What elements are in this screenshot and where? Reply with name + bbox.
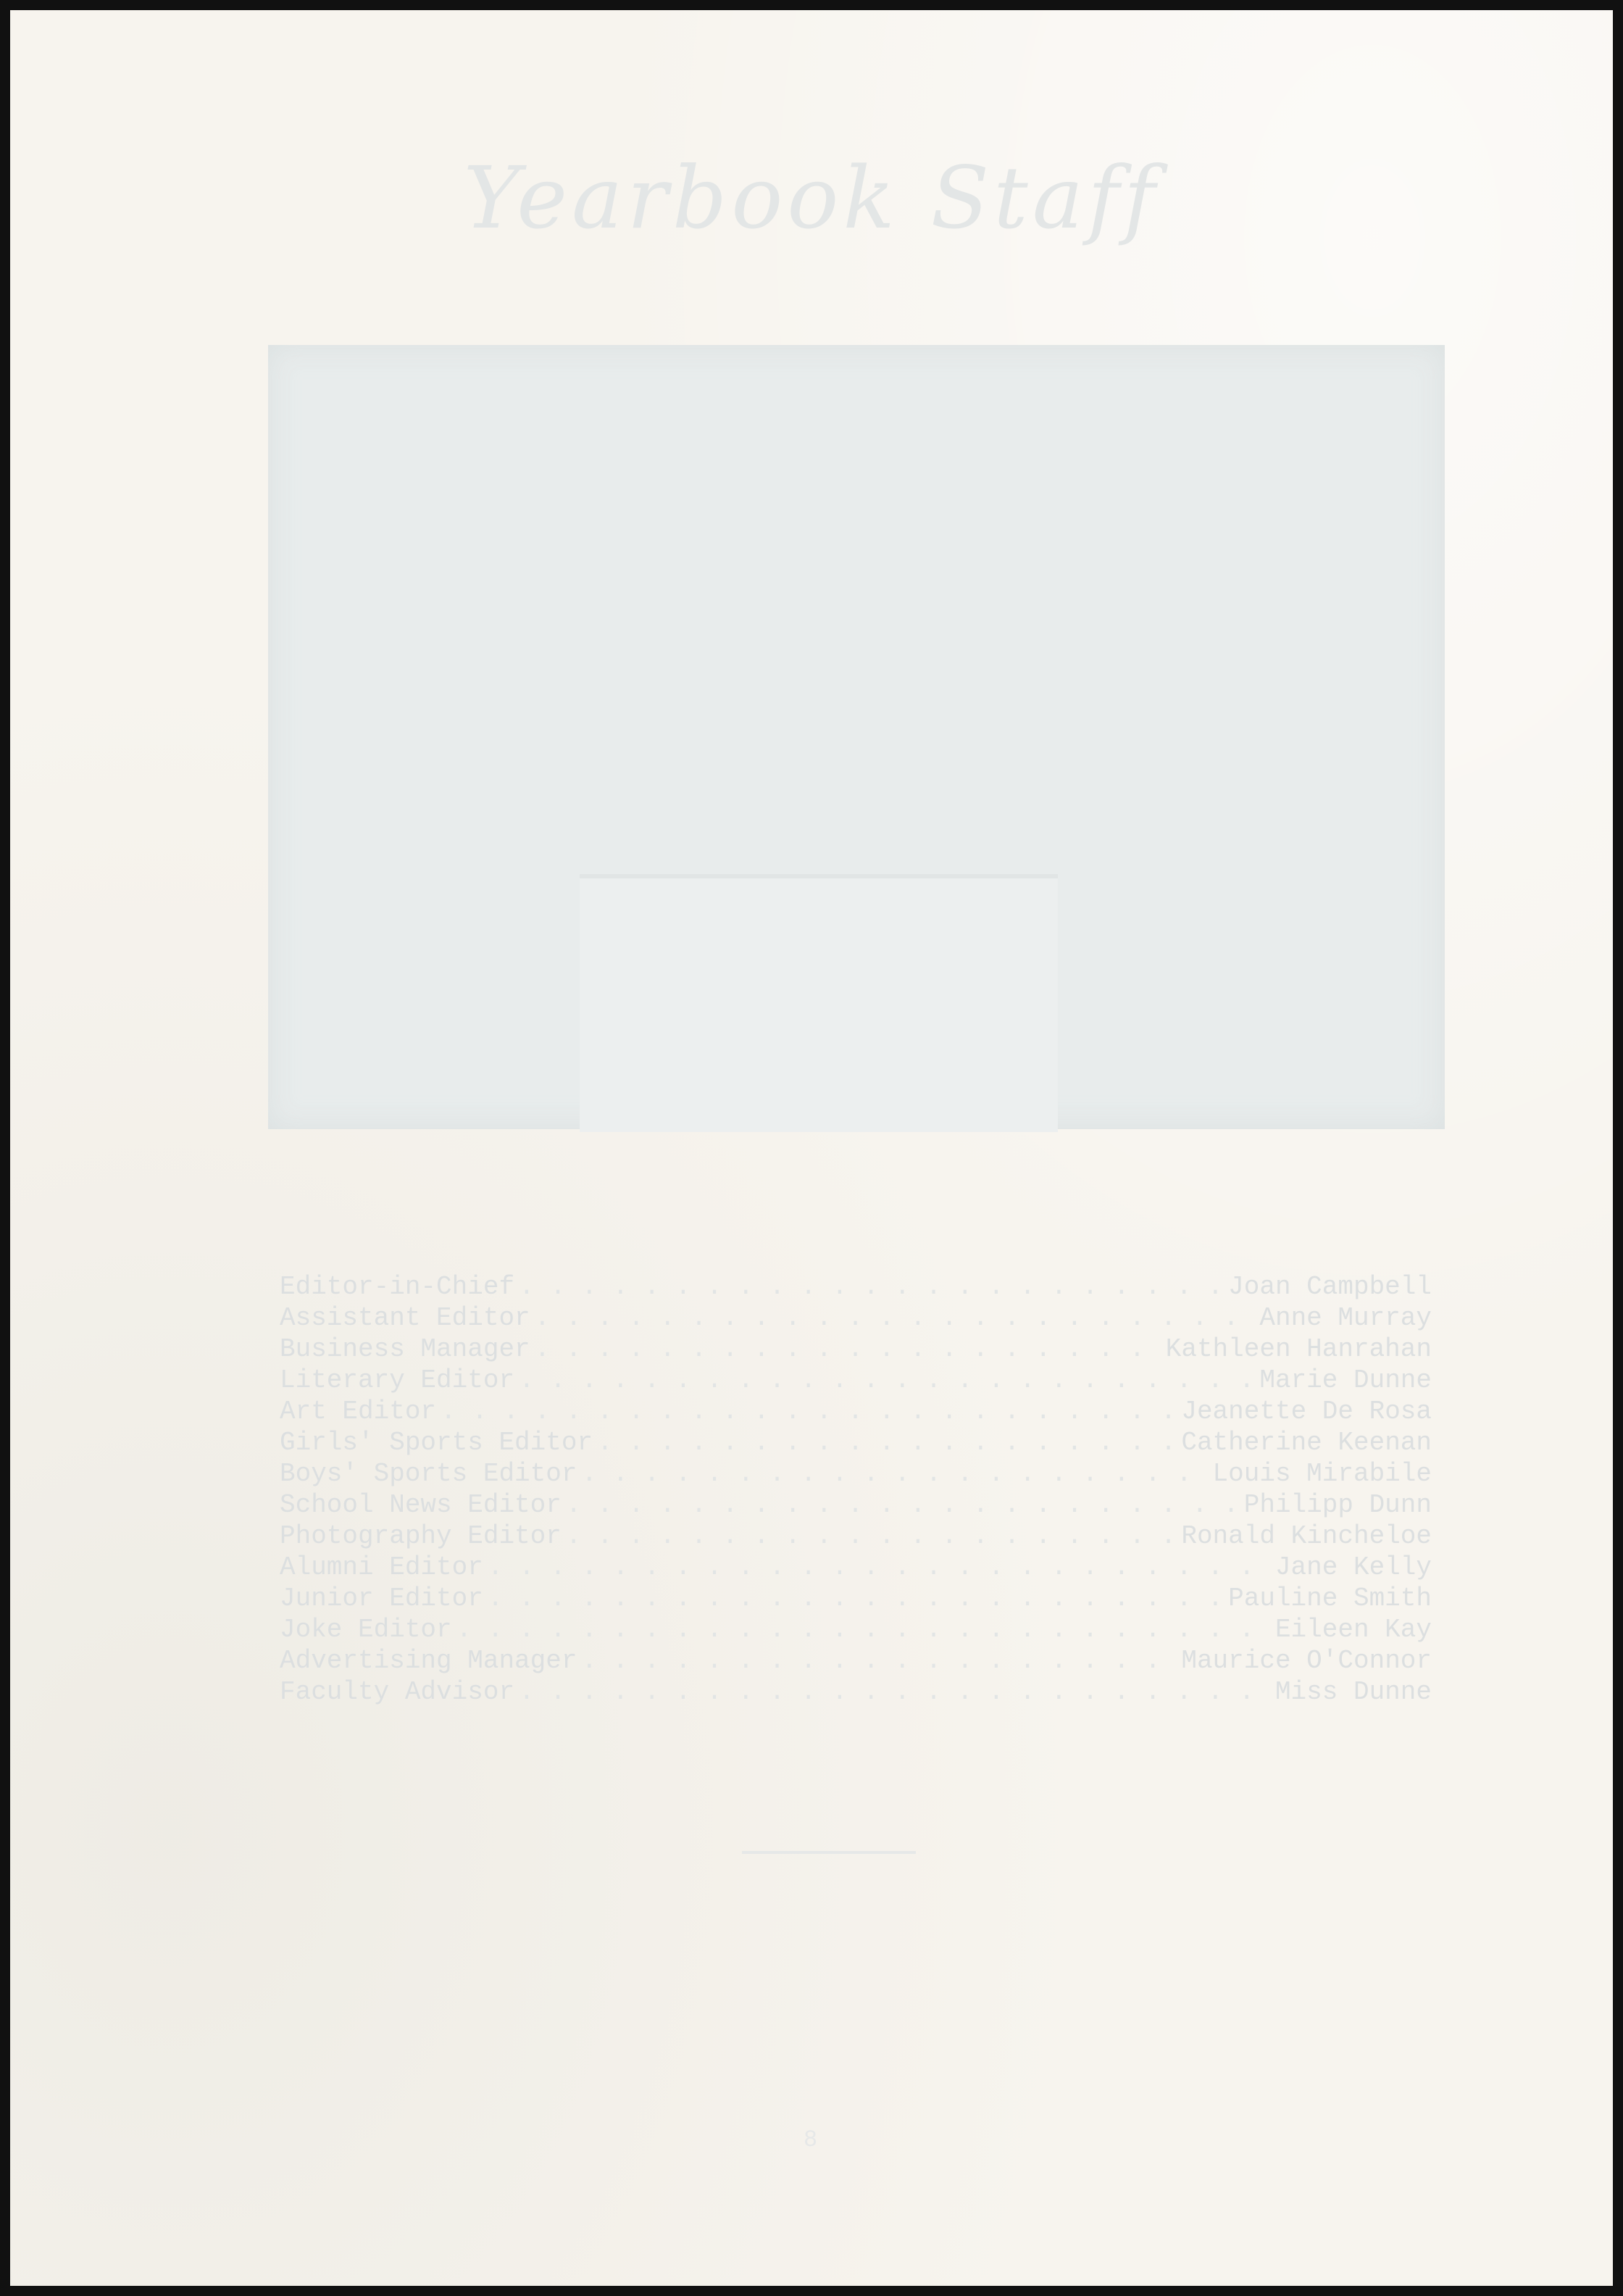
staff-role: Junior Editor — [280, 1583, 483, 1614]
staff-row: Junior EditorPauline Smith — [280, 1583, 1432, 1614]
staff-row: Literary EditorMarie Dunne — [280, 1365, 1432, 1396]
staff-row: Girls' Sports EditorCatherine Keenan — [280, 1427, 1432, 1458]
staff-name: Anne Murray — [1259, 1302, 1432, 1334]
staff-row: Advertising ManagerMaurice O'Connor — [280, 1645, 1432, 1676]
dot-leader — [441, 1396, 1177, 1427]
staff-name: Louis Mirabile — [1213, 1458, 1432, 1489]
staff-row: Alumni EditorJane Kelly — [280, 1552, 1432, 1583]
staff-photo — [268, 345, 1445, 1129]
staff-name: Pauline Smith — [1228, 1583, 1432, 1614]
staff-name: Marie Dunne — [1259, 1365, 1432, 1396]
staff-role: Boys' Sports Editor — [280, 1458, 577, 1489]
staff-name: Jane Kelly — [1275, 1552, 1432, 1583]
staff-name: Philipp Dunn — [1244, 1489, 1432, 1521]
dot-leader — [597, 1427, 1177, 1458]
staff-role: Literary Editor — [280, 1365, 514, 1396]
dot-leader — [519, 1271, 1224, 1302]
yearbook-page: Yearbook Staff Editor-in-ChiefJoan Campb… — [10, 10, 1613, 2286]
staff-name: Maurice O'Connor — [1181, 1645, 1432, 1676]
dot-leader — [488, 1583, 1224, 1614]
photo-inset-region — [580, 874, 1058, 1132]
staff-role: Alumni Editor — [280, 1552, 483, 1583]
staff-role: Assistant Editor — [280, 1302, 530, 1334]
dot-leader — [535, 1334, 1161, 1365]
staff-row: Faculty AdvisorMiss Dunne — [280, 1676, 1432, 1708]
dot-leader — [566, 1521, 1177, 1552]
dot-leader — [535, 1302, 1256, 1334]
page-number: 8 — [804, 2126, 817, 2153]
staff-role: Girls' Sports Editor — [280, 1427, 593, 1458]
dot-leader — [456, 1614, 1271, 1645]
staff-role: Business Manager — [280, 1334, 530, 1365]
staff-role: Art Editor — [280, 1396, 436, 1427]
staff-name: Jeanette De Rosa — [1181, 1396, 1432, 1427]
page-title: Yearbook Staff — [10, 148, 1613, 248]
staff-role: Joke Editor — [280, 1614, 452, 1645]
dot-leader — [519, 1365, 1255, 1396]
dot-leader — [581, 1458, 1208, 1489]
staff-role: Advertising Manager — [280, 1645, 577, 1676]
divider-rule — [742, 1851, 916, 1854]
staff-role: Faculty Advisor — [280, 1676, 514, 1708]
staff-row: Assistant EditorAnne Murray — [280, 1302, 1432, 1334]
dot-leader — [566, 1489, 1240, 1521]
dot-leader — [581, 1645, 1177, 1676]
dot-leader — [519, 1676, 1271, 1708]
staff-name: Joan Campbell — [1228, 1271, 1432, 1302]
staff-name: Catherine Keenan — [1181, 1427, 1432, 1458]
staff-row: Editor-in-ChiefJoan Campbell — [280, 1271, 1432, 1302]
staff-name: Eileen Kay — [1275, 1614, 1432, 1645]
staff-role: Photography Editor — [280, 1521, 562, 1552]
staff-row: Boys' Sports EditorLouis Mirabile — [280, 1458, 1432, 1489]
staff-row: Art EditorJeanette De Rosa — [280, 1396, 1432, 1427]
staff-list: Editor-in-ChiefJoan CampbellAssistant Ed… — [280, 1271, 1432, 1708]
staff-row: School News EditorPhilipp Dunn — [280, 1489, 1432, 1521]
staff-role: Editor-in-Chief — [280, 1271, 514, 1302]
staff-name: Ronald Kincheloe — [1181, 1521, 1432, 1552]
dot-leader — [488, 1552, 1271, 1583]
staff-name: Kathleen Hanrahan — [1166, 1334, 1432, 1365]
staff-row: Business ManagerKathleen Hanrahan — [280, 1334, 1432, 1365]
staff-name: Miss Dunne — [1275, 1676, 1432, 1708]
staff-row: Photography EditorRonald Kincheloe — [280, 1521, 1432, 1552]
staff-role: School News Editor — [280, 1489, 562, 1521]
staff-row: Joke EditorEileen Kay — [280, 1614, 1432, 1645]
